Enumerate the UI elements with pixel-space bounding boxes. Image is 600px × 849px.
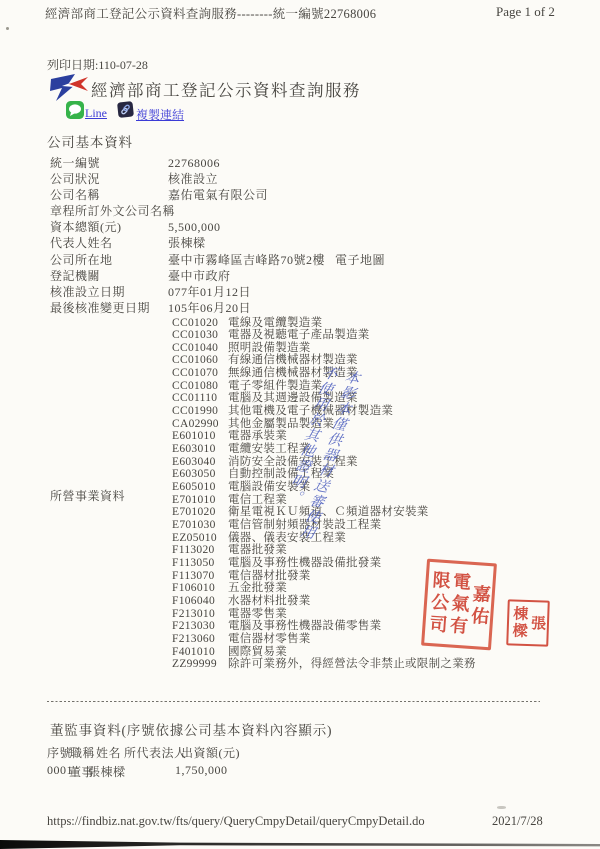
business-name: 電腦及事務性機器設備零售業: [228, 620, 381, 632]
business-code: E603010: [172, 443, 228, 456]
business-item: F113020電器批發業: [172, 544, 476, 557]
scanned-page: 經濟部商工登記公示資料查詢服務--------統一編號22768006 Page…: [0, 0, 600, 849]
business-name: 電信器材批發業: [228, 570, 311, 582]
footer-date: 2021/7/28: [492, 814, 543, 829]
info-value: 核准設立: [168, 171, 218, 187]
copy-link-button[interactable]: 複製連結: [136, 106, 184, 123]
business-name: 電線及電纜製造業: [228, 317, 322, 329]
business-name: 有線通信機械器材製造業: [228, 354, 358, 366]
info-row: 統一編號22768006: [50, 155, 530, 171]
info-value: 臺中市政府: [168, 268, 231, 284]
business-code: EZ05010: [172, 532, 228, 545]
info-value: 張棟樑: [168, 235, 206, 251]
business-code: E701020: [172, 506, 228, 519]
business-code: F401010: [172, 646, 228, 659]
col-title: 職稱: [70, 744, 95, 761]
info-value: 077年01月12日: [168, 284, 251, 300]
business-scope-label: 所營事業資料: [50, 487, 125, 504]
business-item: ZZ99999除許可業務外，得經營法令非禁止或限制之業務: [172, 658, 476, 671]
business-name: 電器承裝業: [228, 430, 287, 442]
business-name: 照明設備製造業: [228, 342, 311, 354]
col-name: 姓名: [96, 744, 121, 761]
info-value: 嘉佑電氣有限公司: [168, 187, 268, 203]
business-code: CC01110: [172, 392, 228, 405]
business-name: 衛星電視ＫＵ頻道、Ｃ頻道器材安裝業: [228, 506, 429, 518]
info-value: 22768006: [168, 155, 220, 171]
business-code: E603040: [172, 456, 228, 469]
info-value: 5,500,000: [168, 219, 221, 235]
business-item: CC01020電線及電纜製造業: [172, 317, 476, 330]
business-code: F113070: [172, 570, 228, 583]
col-amount: 出資額(元): [181, 744, 240, 761]
scan-edge-artifact: [0, 838, 600, 849]
info-row: 公司名稱嘉佑電氣有限公司: [50, 187, 530, 203]
company-address: 臺中市霧峰區吉峰路70號2樓: [168, 252, 325, 268]
business-name: 國際貿易業: [228, 646, 287, 658]
business-code: F213030: [172, 620, 228, 633]
directors-table-row: 0001 董事 張棟樑 1,750,000: [47, 763, 347, 779]
scan-dot-artifact: [6, 27, 9, 30]
col-legal-rep: 所代表法人: [124, 744, 187, 761]
director-name: 張棟樑: [88, 763, 126, 780]
info-label: 公司所在地: [50, 252, 168, 268]
info-label: 最後核准變更日期: [50, 300, 168, 316]
site-title: 經濟部商工登記公示資料查詢服務: [91, 77, 361, 101]
info-label: 公司名稱: [50, 187, 168, 203]
business-code: E701030: [172, 519, 228, 532]
scan-smudge-artifact: [497, 806, 506, 809]
info-row: 代表人姓名張棟樑: [50, 235, 530, 251]
info-row: 公司狀況核准設立: [50, 171, 530, 187]
business-code: ZZ99999: [172, 658, 228, 671]
business-item: F401010國際貿易業: [172, 646, 476, 659]
business-name: 五金批發業: [228, 582, 287, 594]
business-item: CC01040照明設備製造業: [172, 342, 476, 355]
business-code: CC01030: [172, 329, 228, 342]
director-amount: 1,750,000: [175, 763, 228, 778]
business-item: E701030電信管制射頻器材裝設工程業: [172, 519, 476, 532]
business-code: F213060: [172, 633, 228, 646]
info-label: 核准設立日期: [50, 284, 168, 300]
business-name: 除許可業務外，得經營法令非禁止或限制之業務: [228, 658, 476, 670]
dashed-separator: [47, 701, 540, 703]
info-value: 105年06月20日: [168, 300, 251, 316]
business-item: CC01030電器及視聽電子產品製造業: [172, 329, 476, 342]
business-name: 電器及視聽電子產品製造業: [228, 329, 370, 341]
info-row: 章程所訂外文公司名稱: [50, 203, 530, 219]
business-code: F213010: [172, 608, 228, 621]
info-label: 登記機關: [50, 268, 168, 284]
business-name: 水器材料批發業: [228, 595, 311, 607]
info-label: 代表人姓名: [50, 235, 168, 251]
business-name: 電腦及事務性機器設備批發業: [228, 557, 381, 569]
info-row: 核准設立日期077年01月12日: [50, 284, 530, 300]
col-seq: 序號: [47, 744, 72, 761]
page-number: Page 1 of 2: [496, 4, 555, 20]
info-row: 資本總額(元)5,500,000: [50, 219, 530, 235]
personal-name-seal-stamp: 張 棟樑: [506, 599, 550, 646]
moea-logo-icon: [48, 73, 90, 104]
business-name: 電子零組件製造業: [228, 380, 322, 392]
business-name: 電器批發業: [228, 544, 287, 556]
info-label: 公司狀況: [50, 171, 168, 187]
info-row: 最後核准變更日期105年06月20日: [50, 300, 530, 316]
footer-url: https://findbiz.nat.gov.tw/fts/query/Que…: [47, 814, 425, 829]
copy-link-icon[interactable]: [117, 101, 134, 118]
business-code: E605010: [172, 481, 228, 494]
business-code: F113020: [172, 544, 228, 557]
section-title-directors: 董監事資料(序號依據公司基本資料內容顯示): [50, 719, 332, 739]
business-code: CC01060: [172, 354, 228, 367]
company-seal-stamp: 嘉佑 電氣有 限公司: [421, 559, 497, 651]
business-code: CC01080: [172, 380, 228, 393]
business-code: F106010: [172, 582, 228, 595]
business-code: CC01040: [172, 342, 228, 355]
print-header-line: 經濟部商工登記公示資料查詢服務--------統一編號22768006: [45, 4, 376, 22]
business-code: E601010: [172, 430, 228, 443]
business-code: F106040: [172, 595, 228, 608]
business-name: 電信器材零售業: [228, 633, 311, 645]
map-link[interactable]: 電子地圖: [335, 252, 385, 268]
business-code: F113050: [172, 557, 228, 570]
section-title-company-basic: 公司基本資料: [47, 131, 133, 151]
info-label: 章程所訂外文公司名稱: [50, 203, 168, 219]
line-share-link[interactable]: Line: [85, 106, 107, 121]
business-name: 電器零售業: [228, 608, 287, 620]
business-code: CC01990: [172, 405, 228, 418]
info-label: 統一編號: [50, 155, 168, 171]
line-icon[interactable]: [66, 101, 84, 119]
business-code: E701010: [172, 494, 228, 507]
info-label: 資本總額(元): [50, 219, 168, 235]
business-code: CC01020: [172, 317, 228, 330]
business-code: CA02990: [172, 418, 228, 431]
business-code: E603050: [172, 468, 228, 481]
info-row-address: 公司所在地臺中市霧峰區吉峰路70號2樓電子地圖: [50, 252, 530, 268]
company-info-table: 統一編號22768006 公司狀況核准設立 公司名稱嘉佑電氣有限公司 章程所訂外…: [50, 155, 530, 316]
directors-table-header: 序號 職稱 姓名 所代表法人 出資額(元): [47, 744, 347, 760]
business-item: EZ05010儀器、儀表安裝工程業: [172, 532, 476, 545]
print-date: 列印日期:110-07-28: [47, 56, 148, 73]
info-row: 登記機關臺中市政府: [50, 268, 530, 284]
business-code: CC01070: [172, 367, 228, 380]
